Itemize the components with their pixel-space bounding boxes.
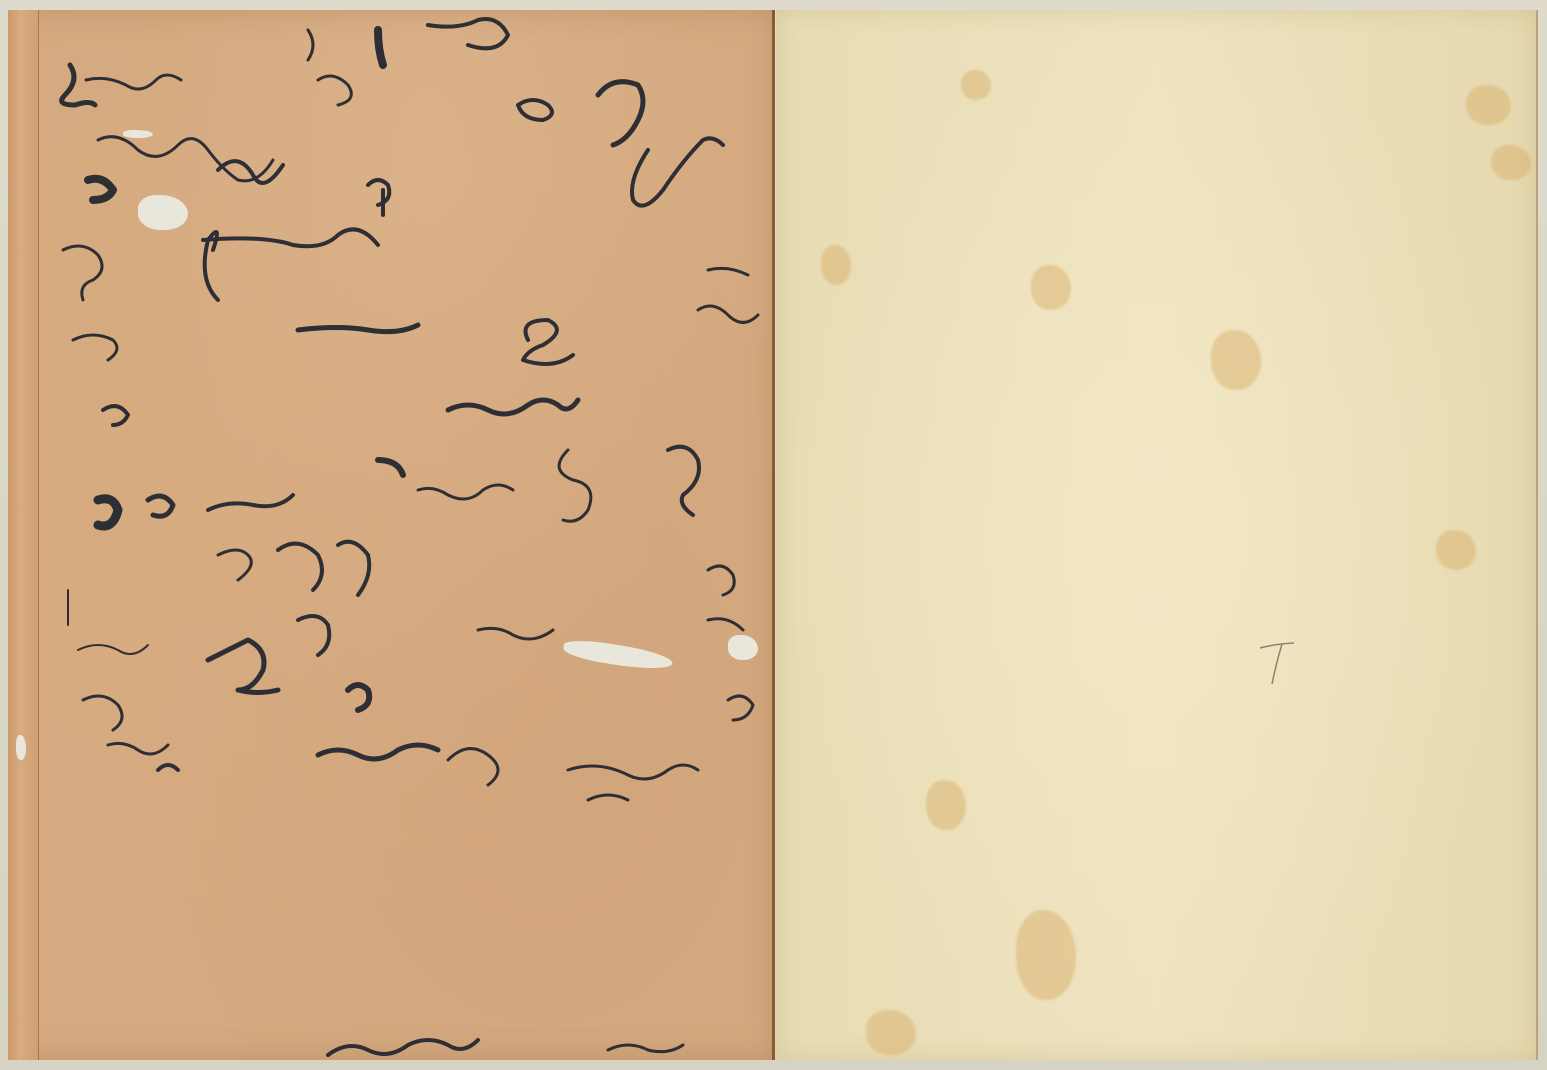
foxing-stain: [961, 70, 991, 100]
foxing-stain: [1211, 330, 1261, 390]
foxing-stain: [1466, 85, 1511, 125]
pencil-mark-t: [1258, 640, 1298, 690]
paper-damage: [728, 635, 758, 660]
foxing-stain: [1436, 530, 1476, 570]
paper-damage: [123, 130, 153, 138]
foxing-stain: [1031, 265, 1071, 310]
right-page-blank-endpaper: [776, 10, 1538, 1060]
foxing-stain: [926, 780, 966, 830]
foxing-stain: [866, 1010, 916, 1055]
foxing-stain: [1016, 910, 1076, 1000]
spine-edge: [772, 10, 775, 1060]
cursive-calligraphy-strokes: [8, 10, 775, 1060]
left-page-cover-lining: [8, 10, 775, 1060]
paper-damage: [16, 735, 26, 760]
foxing-stain: [1491, 145, 1531, 180]
foxing-stain: [821, 245, 851, 285]
paper-damage: [138, 195, 188, 230]
